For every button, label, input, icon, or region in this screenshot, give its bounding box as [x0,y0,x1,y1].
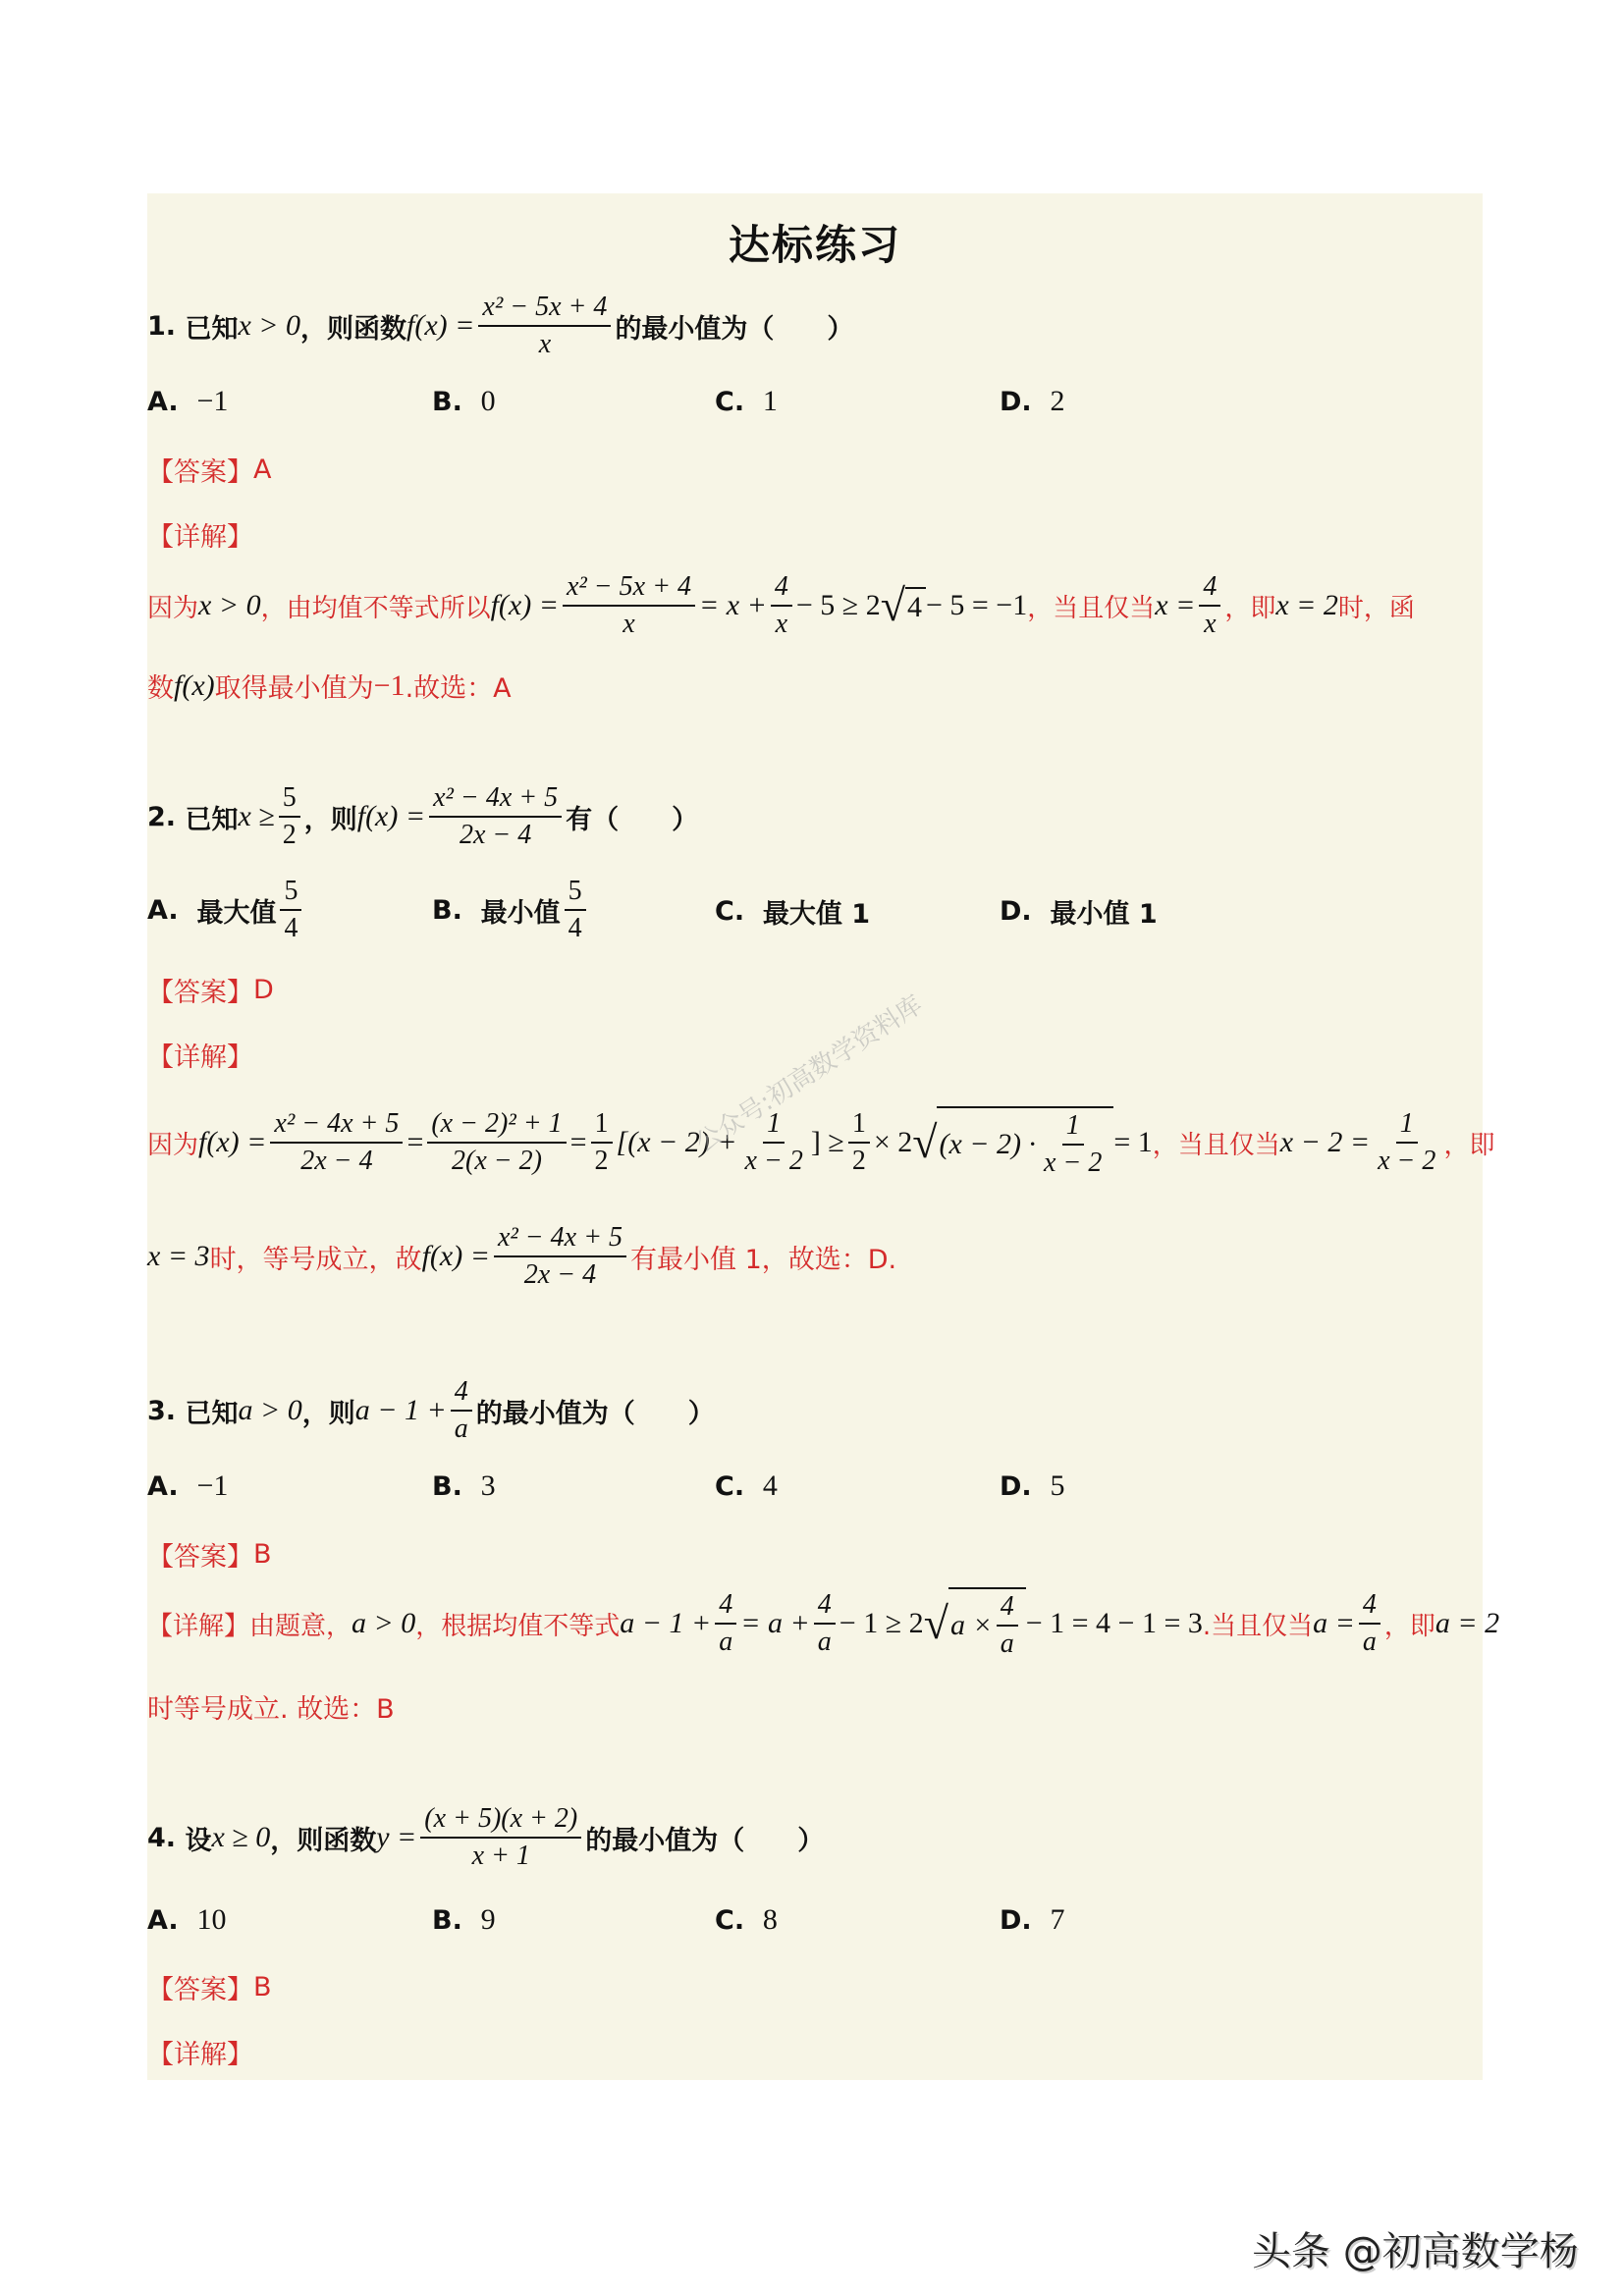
answer-value: A [253,454,271,485]
option-c: C. 最大值 1 [715,892,870,931]
answer-line: 【答案】B [147,1968,272,2006]
option-d: D. 5 [1000,1469,1064,1503]
option-d: D. 最小值 1 [1000,892,1158,931]
question-stem-prefix: 已知 [185,307,238,346]
explanation-line-1: 因为 x > 0 ，由均值不等式所以 f(x) = x² − 5x + 4x =… [147,571,1415,640]
option-a: A. −1 [147,385,228,418]
answer-line: 【答案】 A [147,451,271,489]
option-b: B. 0 [432,385,496,418]
math-condition: x > 0 [238,309,300,343]
option-c: C. 8 [715,1903,778,1937]
explanation-line-1: 因为 f(x) = x² − 4x + 52x − 4 = (x − 2)² +… [147,1106,1494,1179]
explanation-line-1: 【详解】 由题意， a > 0 ，根据均值不等式 a − 1 + 4a = a … [147,1587,1499,1660]
explanation-line-2: 数 f(x) 取得最小值为 −1 .故选：A [147,667,512,705]
option-c: C. 4 [715,1469,778,1503]
page-title: 达标练习 [147,213,1483,272]
option-c: C. 1 [715,385,778,418]
question-3: 3. 已知 a > 0 ，则 a − 1 + 4a 的最小值为（ ） [147,1376,715,1445]
question-number: 1. [147,311,176,342]
math-fraction: x² − 5x + 4 x [478,292,611,360]
answer-label: 【答案】 [147,451,253,489]
option-a: A. 最大值 54 [147,876,305,944]
option-d: D. 7 [1000,1903,1064,1937]
detail-label: 【详解】 [147,2033,253,2071]
option-a: A. −1 [147,1469,228,1503]
option-a: A. 10 [147,1903,226,1937]
answer-line: 【答案】B [147,1535,272,1574]
question-stem-mid: ，则函数 [300,307,406,346]
question-4: 4. 设 x ≥ 0 ，则函数 y = (x + 5)(x + 2)x + 1 … [147,1803,824,1872]
option-b: B. 3 [432,1469,496,1503]
explanation-line-2: 时等号成立. 故选：B [147,1687,395,1726]
detail-label: 【详解】 [147,515,253,554]
worksheet-panel: 达标练习 1. 已知 x > 0 ，则函数 f(x) = x² − 5x + 4… [147,193,1483,2080]
question-2: 2. 已知 x ≥ 52 ，则 f(x) = x² − 4x + 52x − 4… [147,782,698,851]
option-b: B. 最小值 54 [432,876,590,944]
question-stem-suffix: 的最小值为（ ） [615,307,853,346]
footer-watermark: 头条 @初高数学杨 [1252,2220,1579,2276]
option-b: B. 9 [432,1903,496,1937]
detail-label: 【详解】 [147,1036,253,1074]
question-1: 1. 已知 x > 0 ，则函数 f(x) = x² − 5x + 4 x 的最… [147,292,853,360]
math-func-lhs: f(x) = [406,309,474,343]
answer-line: 【答案】D [147,971,274,1009]
explanation-line-2: x = 3 时，等号成立，故 f(x) = x² − 4x + 52x − 4 … [147,1222,896,1291]
option-d: D. 2 [1000,385,1064,418]
